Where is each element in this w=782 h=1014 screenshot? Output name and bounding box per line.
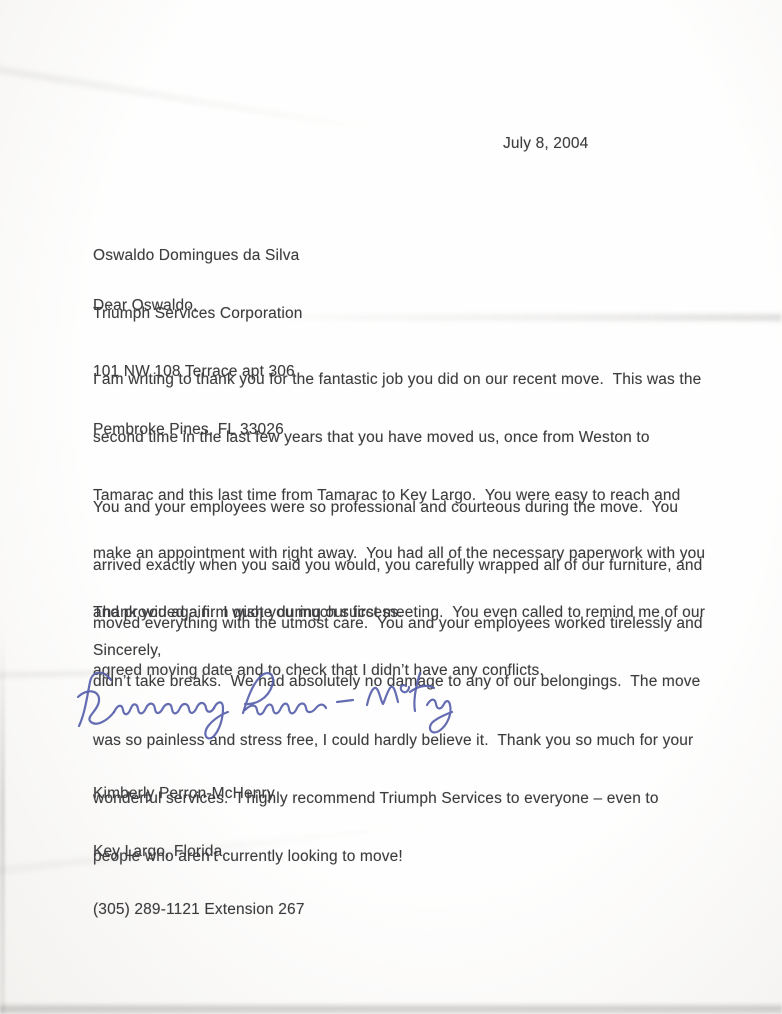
paragraph-line: You and your employees were so professio…	[93, 498, 703, 517]
signer-name: Kimberly Perron-McHenry	[93, 784, 305, 803]
signature-block: Kimberly Perron-McHenry Key Largo, Flori…	[93, 745, 305, 958]
recipient-name: Oswaldo Domingues da Silva	[93, 246, 303, 265]
salutation: Dear Oswaldo,	[93, 296, 197, 315]
letter-date: July 8, 2004	[503, 134, 588, 153]
paragraph-line: I am writing to thank you for the fantas…	[93, 370, 705, 389]
paper-crease	[230, 314, 782, 321]
signer-phone: (305) 289-1121 Extension 267	[93, 900, 305, 919]
paper-edge-shadow	[0, 630, 5, 1014]
closing-line: Thank you again. I wish you much success…	[93, 603, 403, 622]
signer-location: Key Largo, Florida	[93, 842, 305, 861]
paper-crease	[0, 63, 388, 134]
paper-edge-shadow	[0, 1002, 782, 1014]
valediction: Sincerely,	[93, 641, 161, 660]
paragraph-line: second time in the last few years that y…	[93, 428, 705, 447]
paragraph-line: arrived exactly when you said you would,…	[93, 556, 703, 575]
scanned-letter-page: July 8, 2004 Oswaldo Domingues da Silva …	[0, 0, 782, 1014]
handwritten-signature	[75, 660, 455, 752]
